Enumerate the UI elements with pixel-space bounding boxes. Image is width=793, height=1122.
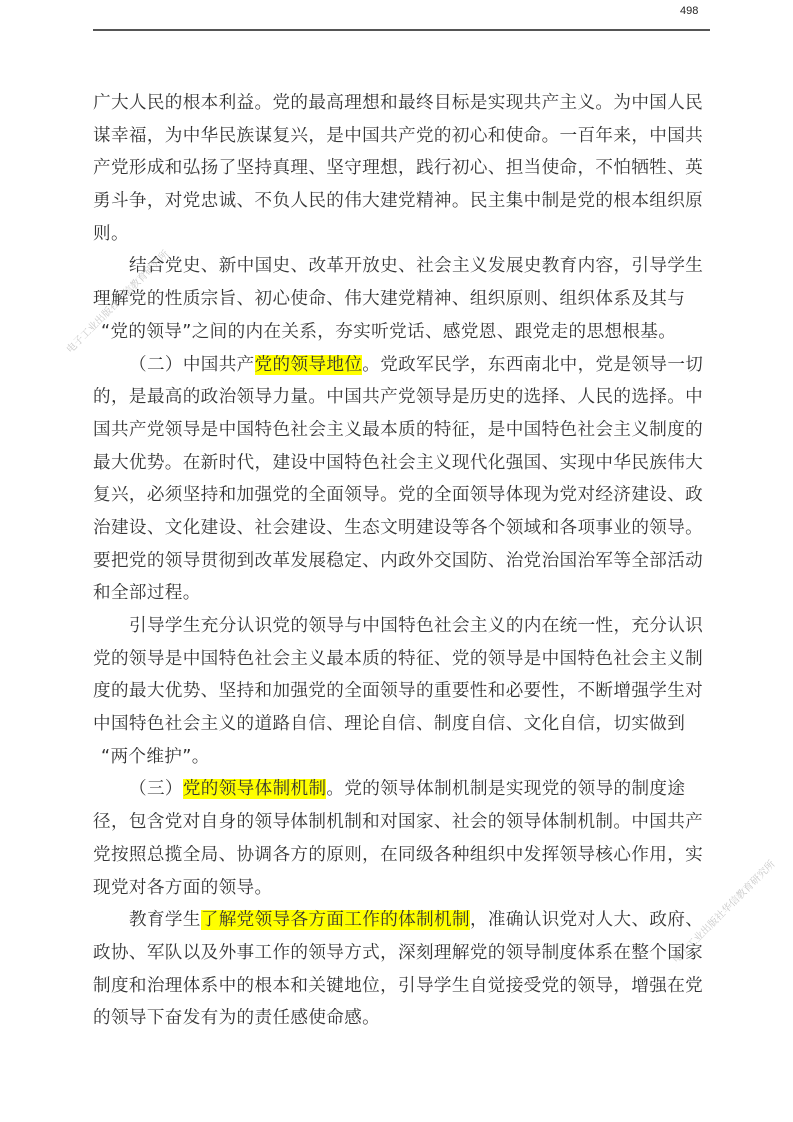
highlighted-text: 了解党领导各方面工作的体制机制	[201, 910, 470, 930]
text-segment: 最大优势。在新时代，建设中国特色社会主义现代化强国、实现中华民族伟大	[93, 453, 703, 473]
text-line: 度的最大优势、坚持和加强党的全面领导的重要性和必要性，不断增强学生对	[93, 675, 710, 708]
text-line: 党的领导是中国特色社会主义最本质的特征、党的领导是中国特色社会主义制	[93, 643, 710, 676]
text-line: “两个维护”。	[93, 741, 710, 774]
page-number: 498	[680, 5, 698, 17]
text-line: 治建设、文化建设、社会建设、生态文明建设等各个领域和各项事业的领导。	[93, 512, 710, 545]
text-segment: 理解党的性质宗旨、初心使命、伟大建党精神、组织原则、组织体系及其与	[93, 289, 685, 309]
text-line: 最大优势。在新时代，建设中国特色社会主义现代化强国、实现中华民族伟大	[93, 447, 710, 480]
text-line: （二）中国共产党的领导地位。党政军民学，东西南北中，党是领导一切	[93, 349, 710, 382]
text-segment: 党的领导是中国特色社会主义最本质的特征、党的领导是中国特色社会主义制	[93, 649, 703, 669]
text-line: 制度和治理体系中的根本和关键地位，引导学生自觉接受党的领导，增强在党	[93, 970, 710, 1003]
text-line: 径，包含党对自身的领导体制机制和对国家、社会的领导体制机制。中国共产	[93, 806, 710, 839]
text-segment: 治建设、文化建设、社会建设、生态文明建设等各个领域和各项事业的领导。	[93, 518, 703, 538]
text-line: 教育学生了解党领导各方面工作的体制机制，准确认识党对人大、政府、	[93, 904, 710, 937]
text-segment: 政协、军队以及外事工作的领导方式，深刻理解党的领导制度体系在整个国家	[93, 943, 703, 963]
text-line: 理解党的性质宗旨、初心使命、伟大建党精神、组织原则、组织体系及其与	[93, 283, 710, 316]
header-rule	[93, 29, 710, 31]
text-segment: 勇斗争，对党忠诚、不负人民的伟大建党精神。民主集中制是党的根本组织原	[93, 191, 703, 211]
text-segment: 径，包含党对自身的领导体制机制和对国家、社会的领导体制机制。中国共产	[93, 812, 703, 832]
text-segment: 广大人民的根本利益。党的最高理想和最终目标是实现共产主义。为中国人民	[93, 93, 703, 113]
text-line: 政协、军队以及外事工作的领导方式，深刻理解党的领导制度体系在整个国家	[93, 937, 710, 970]
text-segment: 引导学生充分认识党的领导与中国特色社会主义的内在统一性，充分认识	[129, 616, 703, 636]
text-line: 则。	[93, 218, 710, 251]
document-body: 广大人民的根本利益。党的最高理想和最终目标是实现共产主义。为中国人民谋幸福，为中…	[93, 87, 710, 1035]
text-line: 的领导下奋发有为的责任感使命感。	[93, 1002, 710, 1035]
text-segment: 制度和治理体系中的根本和关键地位，引导学生自觉接受党的领导，增强在党	[93, 976, 703, 996]
text-segment: 。党政军民学，东西南北中，党是领导一切	[362, 355, 703, 375]
text-segment: 现党对各方面的领导。	[93, 878, 272, 898]
text-segment: 结合党史、新中国史、改革开放史、社会主义发展史教育内容，引导学生	[129, 256, 703, 276]
text-segment: 复兴，必须坚持和加强党的全面领导。党的全面领导体现为党对经济建设、政	[93, 485, 703, 505]
text-segment: 产党形成和弘扬了坚持真理、坚守理想，践行初心、担当使命，不怕牺牲、英	[93, 158, 703, 178]
text-segment: 和全部过程。	[93, 583, 201, 603]
text-line: 产党形成和弘扬了坚持真理、坚守理想，践行初心、担当使命，不怕牺牲、英	[93, 152, 710, 185]
text-segment: “两个维护”。	[101, 747, 210, 767]
text-segment: 谋幸福，为中华民族谋复兴，是中国共产党的初心和使命。一百年来，中国共	[93, 126, 703, 146]
text-line: 复兴，必须坚持和加强党的全面领导。党的全面领导体现为党对经济建设、政	[93, 479, 710, 512]
text-line: 勇斗争，对党忠诚、不负人民的伟大建党精神。民主集中制是党的根本组织原	[93, 185, 710, 218]
text-segment: 的领导下奋发有为的责任感使命感。	[93, 1008, 380, 1028]
text-segment: 教育学生	[129, 910, 201, 930]
text-segment: 中国特色社会主义的道路自信、理论自信、制度自信、文化自信，切实做到	[93, 714, 685, 734]
highlighted-text: 党的领导体制机制	[183, 779, 327, 799]
text-segment: “党的领导”之间的内在关系，夯实听党话、感党恩、跟党走的思想根基。	[101, 322, 676, 342]
text-line: 现党对各方面的领导。	[93, 872, 710, 905]
text-line: 引导学生充分认识党的领导与中国特色社会主义的内在统一性，充分认识	[93, 610, 710, 643]
text-segment: 度的最大优势、坚持和加强党的全面领导的重要性和必要性，不断增强学生对	[93, 681, 703, 701]
text-line: “党的领导”之间的内在关系，夯实听党话、感党恩、跟党走的思想根基。	[93, 316, 710, 349]
text-line: 结合党史、新中国史、改革开放史、社会主义发展史教育内容，引导学生	[93, 250, 710, 283]
text-line: 要把党的领导贯彻到改革发展稳定、内政外交国防、治党治国治军等全部活动	[93, 545, 710, 578]
text-segment: 的，是最高的政治领导力量。中国共产党领导是历史的选择、人民的选择。中	[93, 387, 703, 407]
text-segment: 国共产党领导是中国特色社会主义最本质的特征，是中国特色社会主义制度的	[93, 420, 703, 440]
highlighted-text: 党的领导地位	[255, 355, 363, 375]
text-segment: （二）中国共产	[129, 355, 255, 375]
text-line: 国共产党领导是中国特色社会主义最本质的特征，是中国特色社会主义制度的	[93, 414, 710, 447]
text-line: 的，是最高的政治领导力量。中国共产党领导是历史的选择、人民的选择。中	[93, 381, 710, 414]
text-line: 党按照总揽全局、协调各方的原则，在同级各种组织中发挥领导核心作用，实	[93, 839, 710, 872]
text-segment: 。党的领导体制机制是实现党的领导的制度途	[326, 779, 685, 799]
text-line: 广大人民的根本利益。党的最高理想和最终目标是实现共产主义。为中国人民	[93, 87, 710, 120]
text-segment: 党按照总揽全局、协调各方的原则，在同级各种组织中发挥领导核心作用，实	[93, 845, 703, 865]
text-line: 谋幸福，为中华民族谋复兴，是中国共产党的初心和使命。一百年来，中国共	[93, 120, 710, 153]
text-segment: 则。	[93, 224, 129, 244]
text-line: 中国特色社会主义的道路自信、理论自信、制度自信、文化自信，切实做到	[93, 708, 710, 741]
text-segment: （三）	[129, 779, 183, 799]
text-line: 和全部过程。	[93, 577, 710, 610]
text-segment: 要把党的领导贯彻到改革发展稳定、内政外交国防、治党治国治军等全部活动	[93, 551, 703, 571]
text-line: （三）党的领导体制机制。党的领导体制机制是实现党的领导的制度途	[93, 773, 710, 806]
text-segment: ，准确认识党对人大、政府、	[470, 910, 703, 930]
